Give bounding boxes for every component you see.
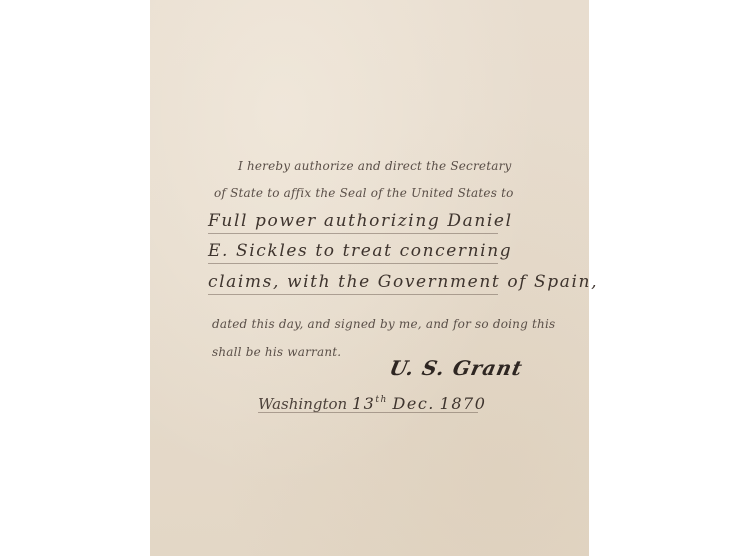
dateline-place: Washington [258,395,347,413]
fill-rule [208,294,498,295]
signature: U. S. Grant [388,358,525,378]
handwritten-line-3: Full power authorizing Daniel [208,213,513,230]
dateline-day: 13th [352,394,388,413]
handwritten-line-5: claims, with the Government of Spain, [208,274,598,291]
day-suffix: th [375,395,387,405]
day-number: 13 [352,394,375,413]
dateline: Washington 13th Dec. 1870 [258,396,486,412]
dateline-year: 1870 [440,394,487,413]
page: I hereby authorize and direct the Secret… [0,0,740,557]
warrant-line-7: shall be his warrant. [212,346,341,358]
paper-document: I hereby authorize and direct the Secret… [150,0,589,556]
warrant-line-6: dated this day, and signed by me, and fo… [212,318,555,330]
warrant-line-1: I hereby authorize and direct the Secret… [238,160,512,172]
fill-rule [208,263,498,264]
dateline-month: Dec. [393,394,435,413]
dateline-rule [258,412,478,413]
fill-rule [208,233,498,234]
handwritten-line-4: E. Sickles to treat concerning [208,243,512,260]
warrant-line-2: of State to affix the Seal of the United… [214,187,514,199]
